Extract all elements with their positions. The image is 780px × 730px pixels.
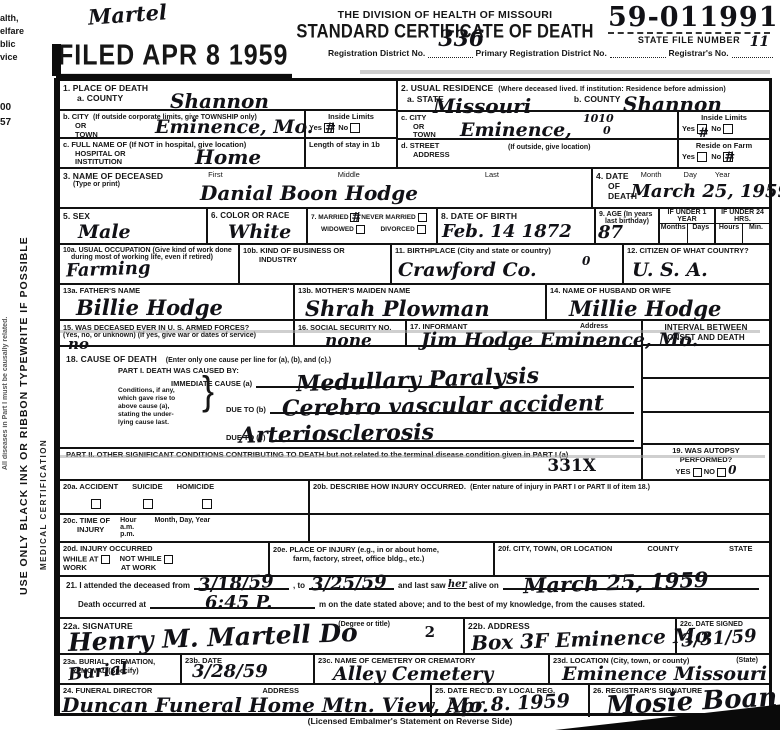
mother-value: Shrah Plowman	[305, 298, 490, 319]
armed-forces-label3: (If yes, give war or dates of service)	[138, 332, 256, 339]
citizen-label: 12. CITIZEN OF WHAT COUNTRY?	[627, 247, 766, 256]
conditions-note: Conditions, if any, which gave rise to a…	[118, 387, 204, 428]
suicide-checkbox	[143, 499, 153, 509]
street-label2: ADDRESS	[401, 151, 674, 160]
scan-artifact-strip	[660, 720, 780, 730]
file-number-block: 59-011991 STATE FILE NUMBER	[608, 4, 770, 45]
registrar-no-value: 11	[750, 35, 769, 49]
row-burial: 23a. BURIAL, CREMATION, REMOVAL (Specify…	[60, 655, 769, 685]
place-of-death-section: 1. PLACE OF DEATH a. COUNTY Shannon b. C…	[60, 81, 398, 167]
autopsy-no-checkbox	[717, 468, 726, 477]
attended-alive-value: March 25, 1959	[522, 569, 708, 596]
race-value: White	[228, 223, 291, 242]
attended-to-label: , to	[293, 581, 305, 590]
while-at-work-checkbox	[101, 555, 110, 564]
under1-months: Months	[660, 224, 688, 243]
row-demographics: 5. SEX Male 6. COLOR OR RACE White 7. MA…	[60, 209, 769, 245]
received-value: Apr 8. 1959	[446, 692, 571, 717]
residence-inside-limits-label: Inside Limits	[682, 114, 766, 123]
injury-place-label: 20e. PLACE OF INJURY (e.g., in or about …	[273, 545, 490, 554]
cause-of-death-cell: 18. CAUSE OF DEATH (Enter only one cause…	[60, 347, 641, 450]
burial-cell: 23a. BURIAL, CREMATION, REMOVAL (Specify…	[60, 655, 182, 683]
attended-post: m on the date stated above; and to the b…	[319, 600, 645, 609]
homicide-label: HOMICIDE	[177, 483, 215, 492]
autopsy-yes-checkbox	[693, 468, 702, 477]
residence-city-cell: c. CITY OR TOWN Eminence, 1010 0 Inside …	[398, 112, 769, 140]
injury-time-label2: INJURY	[63, 526, 110, 535]
primary-district-field	[610, 48, 666, 58]
yes-label: Yes	[682, 124, 695, 133]
injury-mdy: Month, Day, Year	[154, 517, 210, 538]
place-county-cell: 1. PLACE OF DEATH a. COUNTY Shannon	[60, 81, 396, 111]
attended-alive: alive on	[469, 581, 499, 590]
street-hint: (If outside, give location)	[508, 144, 590, 151]
spouse-label: 14. NAME OF HUSBAND OR WIFE	[550, 287, 766, 296]
date-signed-value: 3/31/59	[680, 627, 757, 650]
margin-fragment: alth,	[0, 12, 30, 25]
name-last-header: Last	[485, 171, 499, 181]
margin-note-vertical: All diseases in Part I must be causally …	[2, 140, 9, 470]
no-label: No	[711, 124, 721, 133]
length-of-stay: Length of stay in 1b	[304, 139, 396, 167]
cause-label: 18. CAUSE OF DEATH	[66, 354, 157, 364]
injury-place-label2: farm, factory, street, office bldg., etc…	[273, 554, 490, 563]
accident-checkbox	[91, 499, 101, 509]
row-name-dod: 3. NAME OF DECEASED First Middle Last (T…	[60, 169, 769, 209]
burial-value: Burial	[67, 661, 128, 684]
dod-month: Month	[641, 171, 662, 181]
inside-limits-label: Inside Limits	[309, 113, 393, 122]
injury-loc-label: 20f. CITY, TOWN, OR LOCATION	[498, 545, 612, 554]
age-main: 9. AGE (In years last birthday) 87	[596, 209, 658, 243]
married-mark: #	[351, 211, 361, 223]
residence-city-code: 1010	[583, 113, 614, 124]
row-place-residence: 1. PLACE OF DEATH a. COUNTY Shannon b. C…	[60, 81, 769, 169]
under24-min: Min.	[743, 224, 769, 243]
birth-date-cell: 8. DATE OF BIRTH Feb. 14 1872	[438, 209, 596, 243]
date-of-death-cell: 4. DATE Month Day Year OF DEATH March 25…	[593, 169, 769, 207]
injury-pm: p.m.	[120, 531, 136, 538]
registrar-no-label: Registrar's No.	[669, 48, 729, 58]
margin-codes: 00 57	[0, 100, 24, 130]
margin-fragment: blic	[0, 38, 30, 51]
row-occupation: 10a. USUAL OCCUPATION (Give kind of work…	[60, 245, 769, 285]
medical-certification-label: MEDICAL CERTIFICATION	[39, 425, 48, 570]
residence-city-value: Eminence,	[460, 121, 572, 140]
registration-district-label: Registration District No.	[328, 48, 425, 58]
place-county-value: Shannon	[170, 91, 269, 111]
marital-widowed-label: WIDOWED	[321, 226, 354, 233]
due-to-b-label: DUE TO (b)	[226, 406, 266, 415]
registrar-no-field: 11	[732, 48, 773, 58]
row-forces-ssn-informant: 15. WAS DECEASED EVER IN U. S. ARMED FOR…	[60, 321, 641, 347]
birth-value: Feb. 14 1872	[442, 223, 572, 241]
under24-hours: Hours	[716, 224, 743, 243]
injury-desc-label: 20b. DESCRIBE HOW INJURY OCCURRED.	[313, 482, 466, 491]
attended-cell: 21. I attended the deceased from 3/18/59…	[60, 577, 769, 619]
injury-am: a.m.	[120, 524, 136, 531]
under1-days: Days	[688, 224, 715, 243]
margin-code: 00	[0, 100, 24, 115]
autopsy-yes-label: YES	[676, 467, 691, 476]
place-city-main: b. CITY (If outside corporate limits, gi…	[60, 111, 304, 137]
yes-label: Yes	[682, 152, 695, 161]
under-1-year: IF UNDER 1 YEAR Months Days	[658, 209, 714, 243]
attended-alive-line: March 25, 1959	[503, 580, 759, 590]
due-to-b-value: Cerebro vascular accident	[282, 392, 604, 420]
row-parents: 13a. FATHER'S NAME Billie Hodge 13b. MOT…	[60, 285, 769, 321]
no-label: No	[338, 123, 348, 132]
spouse-value: Millie Hodge	[569, 298, 721, 319]
injury-place-cell: 20e. PLACE OF INJURY (e.g., in or about …	[270, 543, 495, 575]
attended-pre: 21. I attended the deceased from	[66, 581, 190, 590]
industry-label2: INDUSTRY	[243, 256, 387, 265]
state-file-number: 59-011991	[608, 4, 770, 34]
cause-hint: (Enter only one cause per line for (a), …	[166, 357, 331, 364]
attended-to-value: 3/25/59	[311, 574, 387, 595]
race-cell: 6. COLOR OR RACE White	[208, 209, 308, 243]
conditions-line: which gave rise to	[118, 395, 204, 403]
injury-time-cell: 20c. TIME OF INJURY Hour a.m. p.m. Month…	[60, 515, 310, 541]
mother-label: 13b. MOTHER'S MAIDEN NAME	[298, 287, 542, 296]
mother-cell: 13b. MOTHER'S MAIDEN NAME Shrah Plowman	[295, 285, 547, 319]
deceased-name-cell: 3. NAME OF DECEASED First Middle Last (T…	[60, 169, 593, 207]
burial-date-cell: 23b. DATE 3/28/59	[182, 655, 315, 683]
conditions-line: above cause (a),	[118, 403, 204, 411]
place-institution-main: c. FULL NAME OF (If NOT in hospital, giv…	[60, 139, 304, 167]
place-city-value: Eminence, Mo.	[155, 118, 313, 137]
part2-cell: PART II. OTHER SIGNIFICANT CONDITIONS CO…	[60, 449, 641, 479]
sig-address-value: Box 3F Eminence Mo	[471, 625, 709, 653]
due-to-c-line: Arteriosclerosis	[269, 430, 634, 442]
birthplace-value: Crawford Co.	[398, 261, 537, 280]
deceased-name-value: Danial Boon Hodge	[200, 183, 418, 203]
citizen-value: U. S. A.	[632, 261, 708, 280]
work-label: WORK	[63, 563, 87, 572]
residence-state-county-cell: 2. USUAL RESIDENCE (Where deceased lived…	[398, 81, 769, 112]
margin-fragment: elfare	[0, 25, 30, 38]
marital-divorced-label: DIVORCED	[380, 226, 414, 233]
registration-district-value: 336	[438, 28, 484, 50]
no-label: No	[711, 152, 721, 161]
ssn-value: none	[325, 333, 372, 350]
never-married-checkbox	[418, 213, 427, 222]
handwritten-annotation: Martel	[87, 1, 167, 27]
informant-cell: 17. INFORMANT Address Jim Hodge Eminence…	[407, 321, 641, 345]
citizen-cell: 12. CITIZEN OF WHAT COUNTRY? U. S. A.	[624, 245, 769, 283]
sex-value: Male	[78, 223, 131, 242]
divorced-checkbox	[417, 225, 426, 234]
immediate-cause-line: Medullary Paralysis	[256, 376, 634, 388]
deceased-name-label: 3. NAME OF DECEASED	[63, 171, 163, 181]
margin-fragment: vice	[0, 51, 30, 64]
sex-label: 5. SEX	[63, 211, 203, 221]
reside-on-farm: Reside on Farm Yes No #	[677, 140, 769, 167]
footer-note: (Licensed Embalmer's Statement on Revers…	[250, 716, 570, 726]
cemetery-cell: 23c. NAME OF CEMETERY OR CREMATORY Alley…	[315, 655, 550, 683]
marital-cell: 7. MARRIED # NEVER MARRIED WIDOWED DIVOR…	[308, 209, 438, 243]
injury-time-blank	[310, 515, 769, 541]
length-of-stay-label: Length of stay in 1b	[309, 141, 393, 150]
sex-cell: 5. SEX Male	[60, 209, 208, 243]
death-time-value: 6:45 P.	[205, 594, 272, 612]
attended-from-line: 3/18/59	[194, 580, 289, 590]
row-injury-time: 20c. TIME OF INJURY Hour a.m. p.m. Month…	[60, 515, 769, 543]
age-cell: 9. AGE (In years last birthday) 87 IF UN…	[596, 209, 769, 243]
not-while-checkbox	[164, 555, 173, 564]
marital-never-label: NEVER MARRIED	[361, 214, 416, 221]
date-signed-cell: 22c. DATE SIGNED 3/31/59	[677, 619, 769, 653]
residence-city-code2: 0	[603, 125, 611, 136]
industry-cell: 10b. KIND OF BUSINESS OR INDUSTRY	[240, 245, 392, 283]
occupation-value: Farming	[66, 260, 151, 281]
certificate-form: 1. PLACE OF DEATH a. COUNTY Shannon b. C…	[54, 78, 772, 716]
burial-loc-value: Eminence Missouri	[562, 665, 767, 684]
residence-inside-yes-mark: #	[698, 127, 709, 140]
received-cell: 25. DATE REC'D. BY LOCAL REG. Apr 8. 195…	[432, 685, 590, 717]
stamp-bar	[52, 44, 61, 76]
birthplace-cell: 11. BIRTHPLACE (City and state or countr…	[392, 245, 624, 283]
row-funeral: 24. FUNERAL DIRECTOR ADDRESS Duncan Fune…	[60, 685, 769, 717]
injury-loc-county: COUNTY	[647, 545, 679, 554]
inside-limits-no-checkbox	[350, 123, 360, 133]
homicide-checkbox	[202, 499, 212, 509]
inside-limits-yes-mark: #	[325, 122, 336, 135]
due-to-b-line: Cerebro vascular accident	[270, 402, 634, 414]
conditions-line: Conditions, if any,	[118, 387, 204, 395]
marital-num: 7.	[311, 214, 316, 221]
residence-inside-no-checkbox	[723, 124, 733, 134]
residence-street-main: d. STREET ADDRESS (If outside, give loca…	[398, 140, 677, 167]
conditions-line: lying cause last.	[118, 419, 204, 427]
injury-work-cell: 20d. INJURY OCCURRED WHILE AT NOT WHILE …	[60, 543, 270, 575]
marital-married-label: MARRIED	[318, 214, 348, 221]
father-value: Billie Hodge	[76, 297, 223, 318]
accident-label: 20a. ACCIDENT	[63, 483, 118, 492]
institution-label3: INSTITUTION	[63, 158, 301, 167]
death-occurred-label: Death occurred at	[78, 600, 146, 609]
autopsy-mark: 0	[728, 463, 736, 477]
usual-residence-section: 2. USUAL RESIDENCE (Where deceased lived…	[398, 81, 769, 167]
row-accident: 20a. ACCIDENT SUICIDE HOMICIDE 20b. DESC…	[60, 481, 769, 515]
birthplace-code: 0	[582, 255, 590, 267]
part2-code: 331X	[547, 458, 596, 475]
margin-code: 57	[0, 115, 24, 130]
place-institution-cell: c. FULL NAME OF (If NOT in hospital, giv…	[60, 139, 396, 167]
attended-her: her	[448, 580, 467, 590]
place-city-cell: b. CITY (If outside corporate limits, gi…	[60, 111, 396, 139]
institution-value: Home	[195, 147, 261, 167]
primary-district-label: Primary Registration District No.	[476, 48, 607, 58]
conditions-brace: }	[202, 386, 214, 395]
autopsy-no-label: NO	[704, 467, 715, 476]
injury-work-label: 20d. INJURY OCCURRED	[63, 545, 265, 554]
injury-desc-cell: 20b. DESCRIBE HOW INJURY OCCURRED. (Ente…	[310, 481, 769, 513]
under24-header: IF UNDER 24 HRS.	[716, 209, 769, 224]
dod-day: Day	[684, 171, 697, 181]
armed-forces-value: no	[68, 337, 89, 352]
under-24-hrs: IF UNDER 24 HRS. Hours Min.	[714, 209, 769, 243]
injury-hour: Hour	[120, 517, 136, 524]
funeral-cell: 24. FUNERAL DIRECTOR ADDRESS Duncan Fune…	[60, 685, 432, 717]
age-label: 9. AGE (In years	[599, 211, 655, 218]
registration-line: Registration District No. 336 Primary Re…	[328, 48, 776, 58]
occupation-label: 10a. USUAL OCCUPATION (Give kind of work…	[63, 247, 235, 254]
interval-row-c	[643, 413, 769, 445]
name-first-header: First	[208, 171, 223, 181]
attended-saw: and last saw	[398, 581, 446, 590]
conditions-line: stating the under-	[118, 411, 204, 419]
occupation-cell: 10a. USUAL OCCUPATION (Give kind of work…	[60, 245, 240, 283]
dod-value: March 25, 1959	[631, 183, 780, 201]
cemetery-value: Alley Cemetery	[333, 665, 493, 684]
residence-title: 2. USUAL RESIDENCE	[401, 83, 493, 93]
residence-county-label: b. COUNTY	[574, 94, 621, 104]
not-while-label: NOT WHILE	[120, 554, 162, 563]
death-time-line: 6:45 P.	[150, 599, 315, 609]
due-to-c-value: Arteriosclerosis	[239, 422, 434, 447]
birth-label: 8. DATE OF BIRTH	[441, 211, 591, 221]
division-title: THE DIVISION OF HEALTH OF MISSOURI	[265, 9, 625, 21]
accident-cell: 20a. ACCIDENT SUICIDE HOMICIDE	[60, 481, 310, 513]
suicide-label: SUICIDE	[132, 483, 162, 492]
residence-inside-limits: Inside Limits Yes # No	[677, 112, 769, 138]
dod-label: 4. DATE	[596, 171, 629, 181]
sig-address-cell: 22b. ADDRESS Box 3F Eminence Mo	[465, 619, 677, 653]
residence-city-main: c. CITY OR TOWN Eminence, 1010 0	[398, 112, 677, 138]
registration-district-field: 336	[428, 48, 472, 58]
residence-county-value: Shannon	[623, 94, 722, 114]
farm-yes-checkbox	[697, 152, 707, 162]
signature-cell: 22a. SIGNATURE (Degree or title) Henry M…	[60, 619, 465, 653]
yes-label: Yes	[309, 123, 322, 132]
burial-loc-cell: 23d. LOCATION (City, town, or county) (S…	[550, 655, 769, 683]
informant-value: Jim Hodge Eminence, Mo.	[421, 331, 698, 350]
place-inside-limits: Inside Limits Yes # No	[304, 111, 396, 137]
attended-to-line: 3/25/59	[309, 580, 394, 590]
injury-loc-state: STATE	[729, 545, 752, 554]
injury-desc-hint: (Enter nature of injury in PART I or PAR…	[470, 484, 650, 491]
margin-fragments: alth, elfare blic vice	[0, 12, 30, 64]
margin-instruction-vertical: USE ONLY BLACK INK OR RIBBON TYPEWRITE I…	[18, 165, 30, 595]
burial-date-value: 3/28/59	[192, 663, 268, 681]
funeral-value: Duncan Funeral Home Mtn. View, Mo.	[62, 695, 489, 715]
signature-degree-value: 2	[425, 625, 435, 640]
row-signature: 22a. SIGNATURE (Degree or title) Henry M…	[60, 619, 769, 655]
state-file-number-label: STATE FILE NUMBER	[608, 35, 770, 45]
widowed-checkbox	[356, 225, 365, 234]
interval-row-a	[643, 346, 769, 378]
age-value: 87	[598, 224, 623, 242]
race-label: 6. COLOR OR RACE	[211, 211, 303, 221]
name-middle-header: Middle	[338, 171, 360, 181]
under1-header: IF UNDER 1 YEAR	[660, 209, 714, 224]
at-work-label: AT WORK	[121, 563, 156, 572]
residence-street-cell: d. STREET ADDRESS (If outside, give loca…	[398, 140, 769, 167]
dod-year: Year	[715, 171, 730, 181]
farm-no-mark: #	[724, 151, 735, 164]
autopsy-cell: 19. WAS AUTOPSY PERFORMED? YES NO 0	[643, 445, 769, 479]
interval-row-b	[643, 379, 769, 413]
place-city-label: b. CITY	[63, 112, 89, 121]
father-cell: 13a. FATHER'S NAME Billie Hodge	[60, 285, 295, 319]
filed-stamp: FILED APR 8 1959	[56, 39, 292, 79]
spouse-cell: 14. NAME OF HUSBAND OR WIFE Millie Hodge	[547, 285, 769, 319]
